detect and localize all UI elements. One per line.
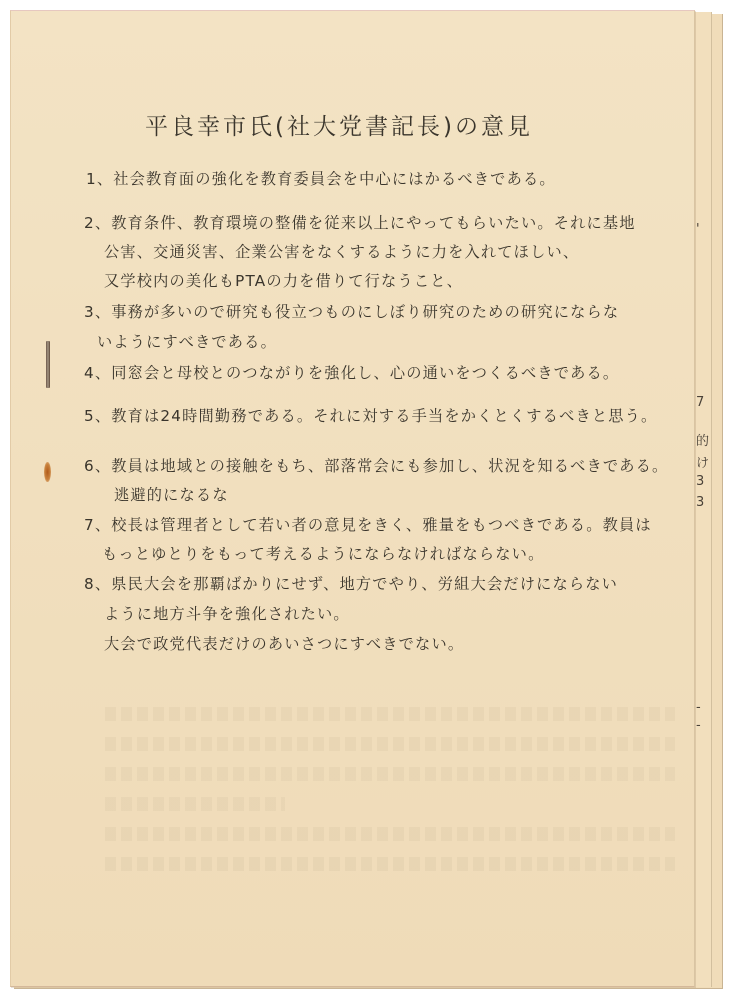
bleed-through-texture: [105, 827, 675, 841]
margin-mark: 的: [696, 430, 709, 449]
item-text: 教育条件、教育環境の整備を従来以上にやってもらいたい。それに基地: [111, 214, 635, 232]
staple: [46, 341, 50, 388]
item-2: 2、教育条件、教育環境の整備を従来以上にやってもらいたい。それに基地: [84, 212, 636, 233]
document-title: 平良幸市氏(社大党書記長)の意見: [145, 108, 533, 141]
bleed-through-texture: [105, 857, 675, 871]
bleed-through-texture: [105, 707, 675, 721]
item-text: 社会教育面の強化を教育委員会を中心にはかるべきである。: [113, 170, 555, 188]
bleed-through-texture: [105, 737, 675, 751]
item-5: 5、教育は24時間勤務である。それに対する手当をかくとくするべきと思う。: [84, 405, 657, 426]
item-number: 7、: [84, 516, 111, 534]
item-3: 3、事務が多いので研究も役立つものにしぼり研究のための研究にならな: [84, 301, 619, 322]
item-text: 教員は地域との接触をもち、部落常会にも参加し、状況を知るべきである。: [111, 457, 668, 475]
item-text: 教育は24時間勤務である。それに対する手当をかくとくするべきと思う。: [111, 407, 657, 425]
margin-mark: -: [696, 718, 701, 733]
item-text: 県民大会を那覇ばかりにせず、地方でやり、労組大会だけにならない: [111, 575, 618, 593]
item-number: 6、: [84, 457, 111, 475]
item-number: 1、: [86, 170, 113, 188]
item-2-line-2: 公害、交通災害、企業公害をなくするように力を入れてほしい、: [104, 241, 579, 262]
item-text: 同窓会と母校とのつながりを強化し、心の通いをつくるべきである。: [111, 364, 619, 382]
rust-stain: [44, 462, 51, 482]
bleed-through-texture: [105, 767, 675, 781]
item-number: 2、: [84, 214, 111, 232]
margin-mark: け: [696, 452, 709, 471]
margin-mark: 3: [696, 495, 704, 510]
item-8: 8、県民大会を那覇ばかりにせず、地方でやり、労組大会だけにならない: [84, 573, 618, 594]
bleed-through-texture: [105, 797, 285, 811]
margin-mark: 7: [696, 395, 704, 410]
item-number: 3、: [84, 303, 111, 321]
item-number: 4、: [84, 364, 111, 382]
item-7: 7、校長は管理者として若い者の意見をきく、雅量をもつべきである。教員は: [84, 514, 652, 535]
item-7-line-2: もっとゆとりをもって考えるようにならなければならない。: [102, 543, 544, 564]
item-6-line-2: 逃避的になるな: [114, 484, 229, 505]
item-4: 4、同窓会と母校とのつながりを強化し、心の通いをつくるべきである。: [84, 362, 619, 383]
item-2-line-3: 又学校内の美化もPTAの力を借りて行なうこと、: [104, 270, 463, 291]
item-number: 5、: [84, 407, 111, 425]
margin-mark: ': [696, 222, 700, 237]
underlying-page-margin-marks: ' 7 的 け 3 3 - -: [692, 220, 716, 740]
item-8-line-2: ように地方斗争を強化されたい。: [104, 603, 350, 624]
margin-mark: -: [696, 700, 701, 715]
item-text: 校長は管理者として若い者の意見をきく、雅量をもつべきである。教員は: [111, 516, 651, 534]
item-number: 8、: [84, 575, 111, 593]
item-text: 事務が多いので研究も役立つものにしぼり研究のための研究にならな: [111, 303, 619, 321]
item-8-line-3: 大会で政党代表だけのあいさつにすべきでない。: [104, 633, 464, 654]
item-1: 1、社会教育面の強化を教育委員会を中心にはかるべきである。: [86, 168, 556, 189]
item-3-line-2: いようにすべきである。: [97, 331, 277, 352]
item-6: 6、教員は地域との接触をもち、部落常会にも参加し、状況を知るべきである。: [84, 455, 668, 476]
margin-mark: 3: [696, 474, 704, 489]
